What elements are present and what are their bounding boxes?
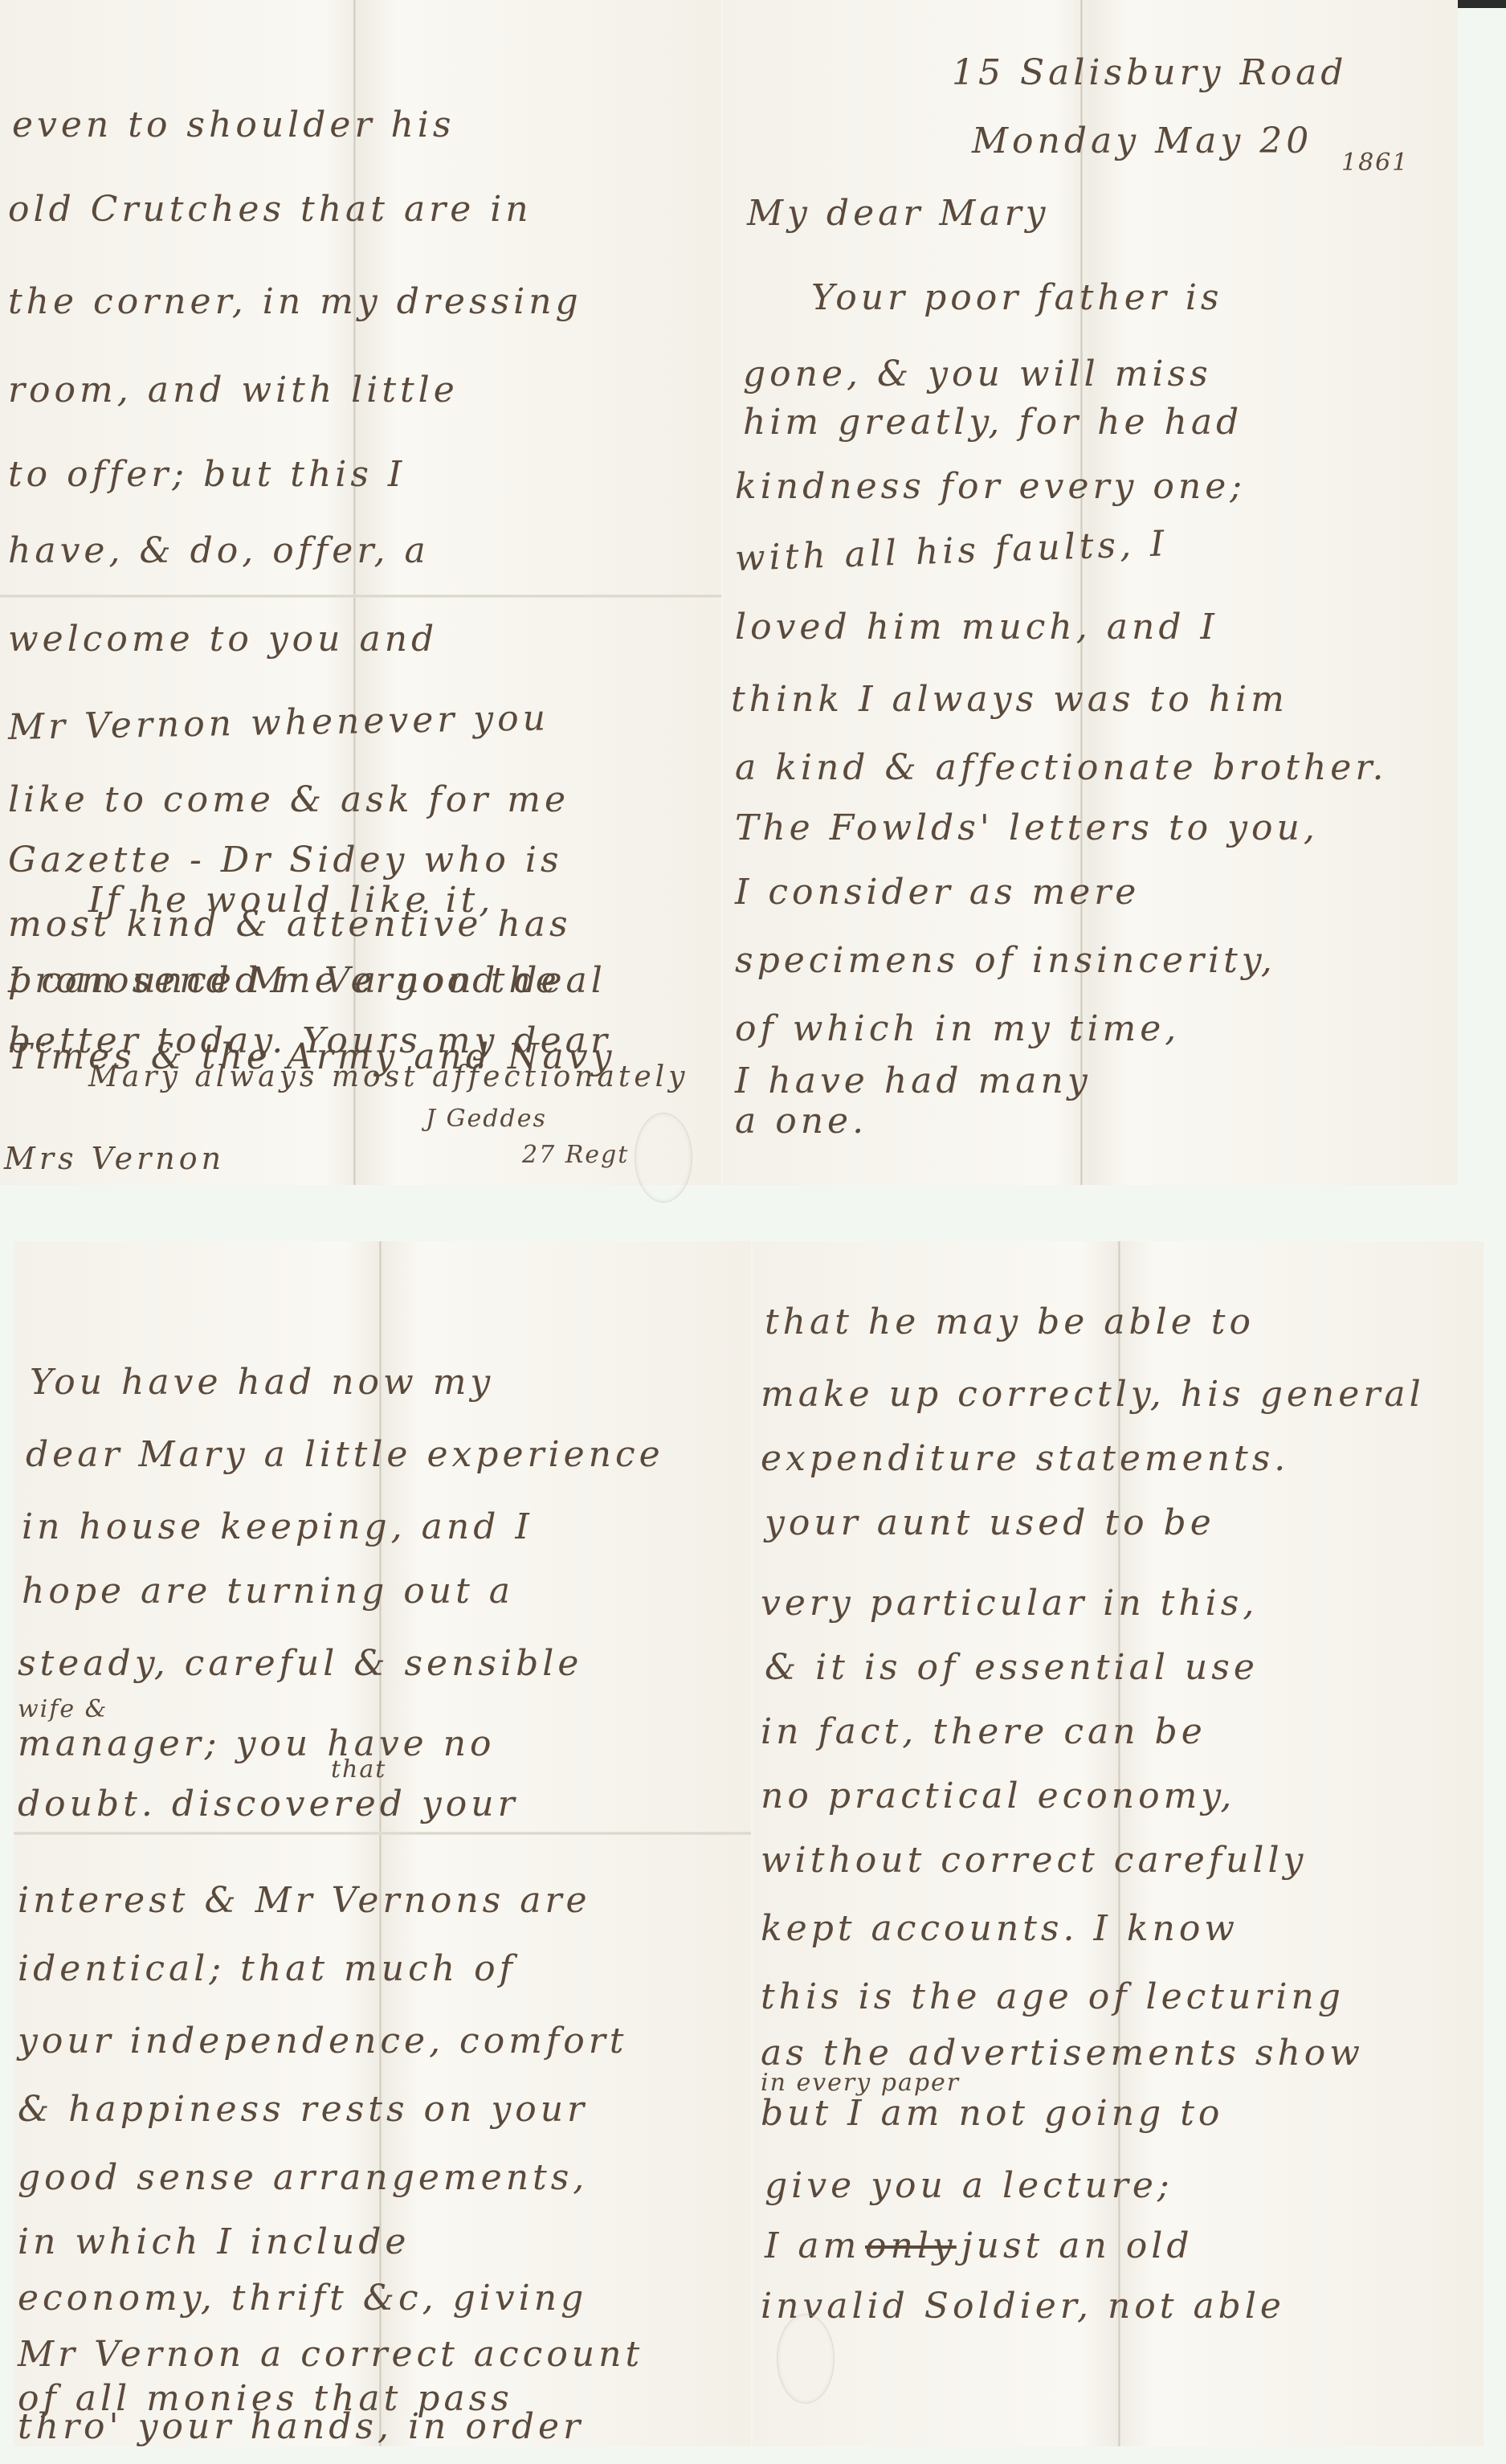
letter-line: a one. — [735, 1101, 867, 1142]
letter-signature: J Geddes — [426, 1105, 547, 1133]
embossed-seal — [777, 2314, 835, 2404]
letter-line: like to come & ask for me — [8, 779, 569, 820]
letter-line: as the advertisements show — [761, 2033, 1364, 2074]
letter-line: to offer; but this I — [8, 454, 406, 495]
fold-crease-horizontal — [0, 595, 721, 598]
letter-line: & happiness rests on your — [18, 2089, 588, 2130]
letter-line: identical; that much of — [18, 1948, 516, 1989]
fold-crease-horizontal — [14, 1832, 751, 1835]
fold-crease-vertical — [353, 0, 356, 1185]
letter-line: most kind & attentive has — [8, 904, 572, 945]
letter-line: kindness for every one; — [735, 466, 1246, 507]
letter-line: but I am not going to — [761, 2093, 1223, 2134]
letter-date-note: 27 Regt — [522, 1141, 629, 1169]
struck-out-word: only — [865, 2225, 957, 2266]
letter-line: give you a lecture; — [765, 2165, 1173, 2206]
letter-line: I have had many — [735, 1060, 1092, 1101]
letter-line: pronounced me a good deal — [8, 960, 606, 1001]
letter-line: him greatly, for he had — [743, 402, 1243, 443]
letter-line: room, and with little — [8, 370, 459, 411]
fold-crease-vertical — [1080, 0, 1083, 1185]
letter-line: this is the age of lecturing — [761, 1976, 1345, 2017]
letter-line: have, & do, offer, a — [8, 530, 430, 571]
letter-line: your aunt used to be — [765, 1502, 1215, 1543]
letter-year: 1861 — [1341, 149, 1409, 177]
letter-salutation: My dear Mary — [747, 193, 1050, 234]
letter-addressee: Mrs Vernon — [4, 1141, 225, 1176]
letter-line: good sense arrangements, — [18, 2157, 588, 2198]
letter-line: with all his faults, I — [734, 523, 1169, 579]
letter-line: welcome to you and — [8, 619, 438, 660]
letter-line: in fact, there can be — [761, 1711, 1206, 1752]
letter-line: & it is of essential use — [765, 1647, 1259, 1688]
letter-line: doubt. discovered your — [18, 1784, 519, 1825]
fold-crease-vertical — [379, 1241, 382, 2446]
letter-line: a kind & affectionate brother. — [735, 747, 1388, 788]
letter-line: better today. Yours my dear — [8, 1020, 611, 1061]
letter-date: Monday May 20 — [972, 121, 1312, 161]
letter-line: the corner, in my dressing — [8, 281, 582, 322]
page-top-right: 15 Salisbury Road Monday May 20 1861 My … — [723, 0, 1458, 1185]
letter-line: specimens of insincerity, — [735, 940, 1276, 981]
letter-line: in which I include — [18, 2221, 410, 2262]
letter-line: in house keeping, and I — [22, 1506, 533, 1547]
letter-line: Mr Vernon whenever you — [8, 697, 550, 748]
letter-line: Gazette - Dr Sidey who is — [8, 840, 563, 881]
letter-line: Your poor father is — [811, 277, 1222, 318]
letter-line: economy, thrift &c, giving — [18, 2278, 587, 2319]
page-bottom-left: You have had now my dear Mary a little e… — [14, 1241, 751, 2446]
top-sheet-edge — [1458, 0, 1506, 8]
letter-line: interest & Mr Vernons are — [18, 1880, 591, 1921]
bottom-sheet: You have had now my dear Mary a little e… — [14, 1241, 1484, 2446]
letter-line: your independence, comfort — [18, 2021, 627, 2062]
letter-line: dear Mary a little experience — [26, 1434, 664, 1475]
letter-line: even to shoulder his — [12, 104, 455, 145]
letter-line: kept accounts. I know — [761, 1908, 1239, 1949]
letter-line: think I always was to him — [731, 679, 1288, 720]
letter-address: 15 Salisbury Road — [952, 52, 1347, 93]
letter-line: I consider as mere — [735, 872, 1140, 913]
letter-line: expenditure statements. — [761, 1438, 1289, 1479]
letter-line: gone, & you will miss — [743, 353, 1212, 394]
letter-line: manager; you have no — [18, 1723, 496, 1764]
embossed-seal — [635, 1113, 692, 1203]
letter-line: loved him much, and I — [735, 607, 1218, 648]
top-sheet: even to shoulder his old Crutches that a… — [0, 0, 1458, 1185]
page-bottom-right: that he may be able to make up correctly… — [753, 1241, 1484, 2446]
letter-line: that he may be able to — [765, 1301, 1255, 1342]
letter-line: of which in my time, — [735, 1008, 1180, 1049]
letter-line: no practical economy, — [761, 1775, 1235, 1816]
letter-insertion: wife & — [18, 1695, 108, 1723]
letter-line: I am — [765, 2225, 860, 2266]
letter-line: without correct carefully — [761, 1840, 1307, 1881]
letter-line: thro' your hands, in order — [18, 2406, 584, 2447]
letter-line: hope are turning out a — [22, 1571, 514, 1612]
letter-line: make up correctly, his general — [761, 1374, 1425, 1415]
page-top-left: even to shoulder his old Crutches that a… — [0, 0, 721, 1185]
letter-line: The Fowlds' letters to you, — [735, 807, 1319, 848]
letter-line: just an old — [961, 2225, 1194, 2266]
letter-insertion: that — [331, 1755, 386, 1784]
letter-line: steady, careful & sensible — [18, 1643, 582, 1684]
letter-line: invalid Soldier, not able — [761, 2286, 1285, 2327]
letter-line: You have had now my — [30, 1362, 494, 1403]
letter-closing: Mary always most affectionately — [88, 1060, 689, 1093]
letter-line: very particular in this, — [761, 1583, 1258, 1624]
letter-line: old Crutches that are in — [8, 189, 533, 230]
letter-line: Mr Vernon a correct account — [18, 2334, 643, 2375]
